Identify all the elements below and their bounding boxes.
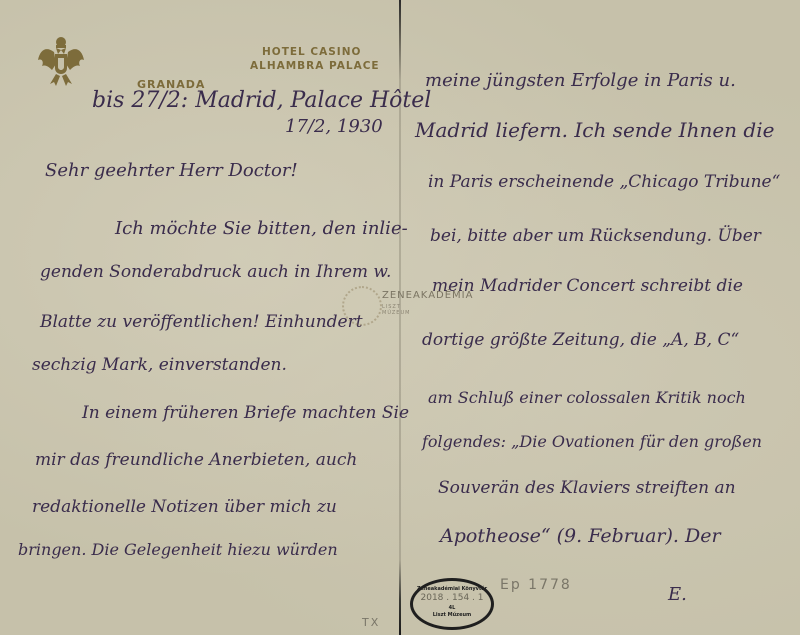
letter-line: mir das freundliche Anerbieten, auch bbox=[35, 450, 357, 470]
stamp-mid-text: 4L bbox=[413, 605, 491, 611]
archive-stamp: Zeneakadémiai Könyvtár 2018 . 154 . 1 4L… bbox=[410, 578, 494, 630]
stamp-number: 2018 . 154 . 1 bbox=[413, 593, 491, 603]
double-headed-eagle-crest-icon bbox=[36, 36, 86, 90]
letter-line: bei, bitte aber um Rücksendung. Über bbox=[430, 226, 761, 246]
letter-line: mein Madrider Concert schreibt die bbox=[432, 276, 743, 296]
letter-line: Ich möchte Sie bitten, den inlie- bbox=[115, 218, 408, 239]
letter-line-salutation: Sehr geehrter Herr Doctor! bbox=[45, 160, 298, 181]
watermark-title: ZENEAKADÉMIA bbox=[382, 290, 473, 301]
letter-line-date: 17/2, 1930 bbox=[285, 116, 383, 137]
letter-line: sechzig Mark, einverstanden. bbox=[32, 355, 287, 375]
letter-line: dortige größte Zeitung, die „A, B, C“ bbox=[422, 330, 739, 350]
letter-line: In einem früheren Briefe machten Sie bbox=[82, 403, 409, 423]
watermark-subtitle: LISZT MÚZEUM bbox=[382, 304, 410, 316]
letter-line: meine jüngsten Erfolge in Paris u. bbox=[425, 70, 736, 91]
hotel-name-line2: ALHAMBRA PALACE bbox=[250, 60, 380, 72]
letter-signature: E. bbox=[668, 584, 687, 605]
hotel-name-line1: HOTEL CASINO bbox=[262, 46, 361, 58]
letter-line: bringen. Die Gelegenheit hiezu würden bbox=[18, 540, 338, 559]
catalog-number: Ep 1778 bbox=[500, 577, 572, 593]
letter-line: am Schluß einer colossalen Kritik noch bbox=[428, 388, 746, 407]
letter-sheet: HOTEL CASINO ALHAMBRA PALACE GRANADA bis… bbox=[0, 0, 800, 635]
museum-seal-icon bbox=[342, 286, 382, 326]
letter-line: redaktionelle Notizen über mich zu bbox=[32, 497, 337, 517]
letter-line: Madrid liefern. Ich sende Ihnen die bbox=[415, 118, 774, 142]
letter-line: folgendes: „Die Ovationen für den großen bbox=[422, 432, 762, 451]
letter-line: genden Sonderabdruck auch in Ihrem w. bbox=[40, 262, 391, 282]
letter-line: in Paris erscheinende „Chicago Tribune“ bbox=[428, 172, 780, 192]
stamp-top-text: Zeneakadémiai Könyvtár bbox=[413, 586, 491, 592]
letter-line: Apotheose“ (9. Februar). Der bbox=[440, 525, 721, 547]
corner-mark: TX bbox=[362, 616, 380, 629]
letter-line-address: bis 27/2: Madrid, Palace Hôtel bbox=[92, 88, 431, 113]
letter-line: Souverän des Klaviers streiften an bbox=[438, 478, 736, 498]
letter-line: Blatte zu veröffentlichen! Einhundert bbox=[40, 312, 363, 332]
stamp-bottom-text: Liszt Múzeum bbox=[413, 612, 491, 618]
